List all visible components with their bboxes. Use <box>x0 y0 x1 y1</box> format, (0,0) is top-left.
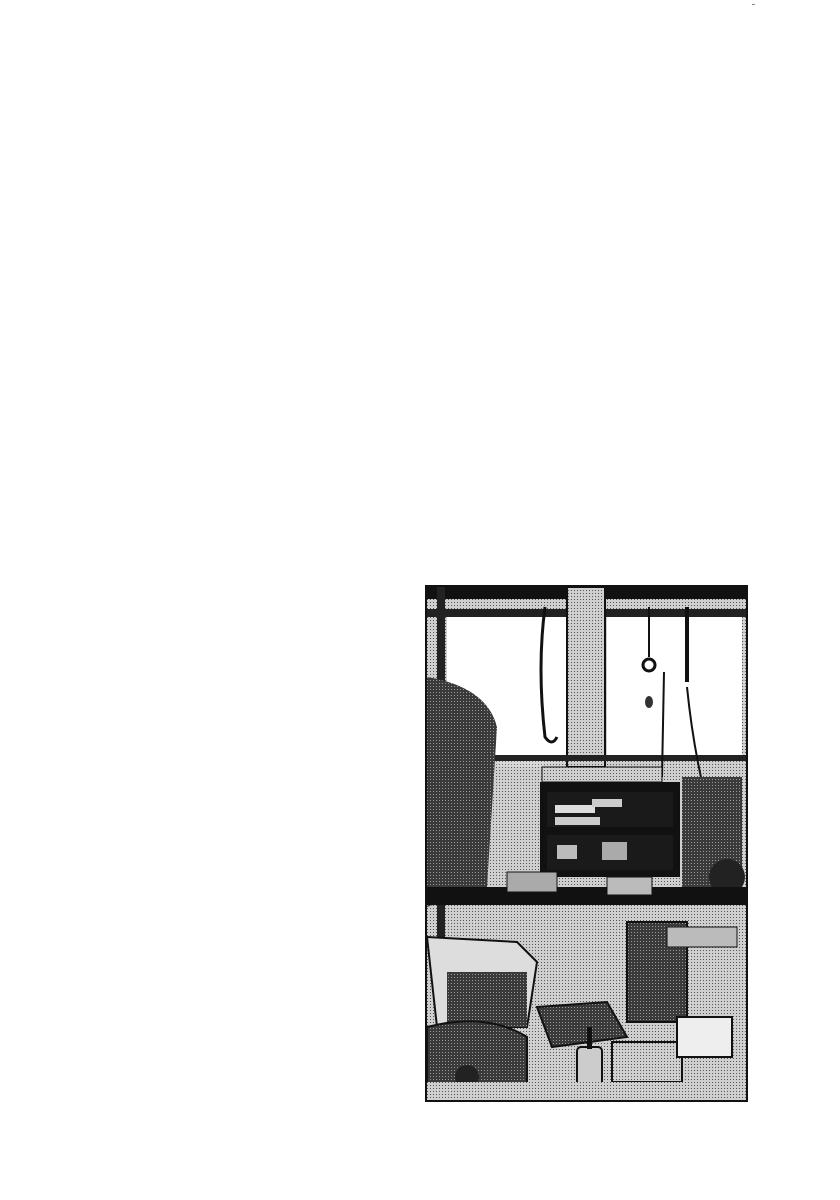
manga-panel-workshop <box>425 585 748 1102</box>
workshop-illustration <box>427 587 746 1100</box>
page-speck <box>752 4 755 5</box>
